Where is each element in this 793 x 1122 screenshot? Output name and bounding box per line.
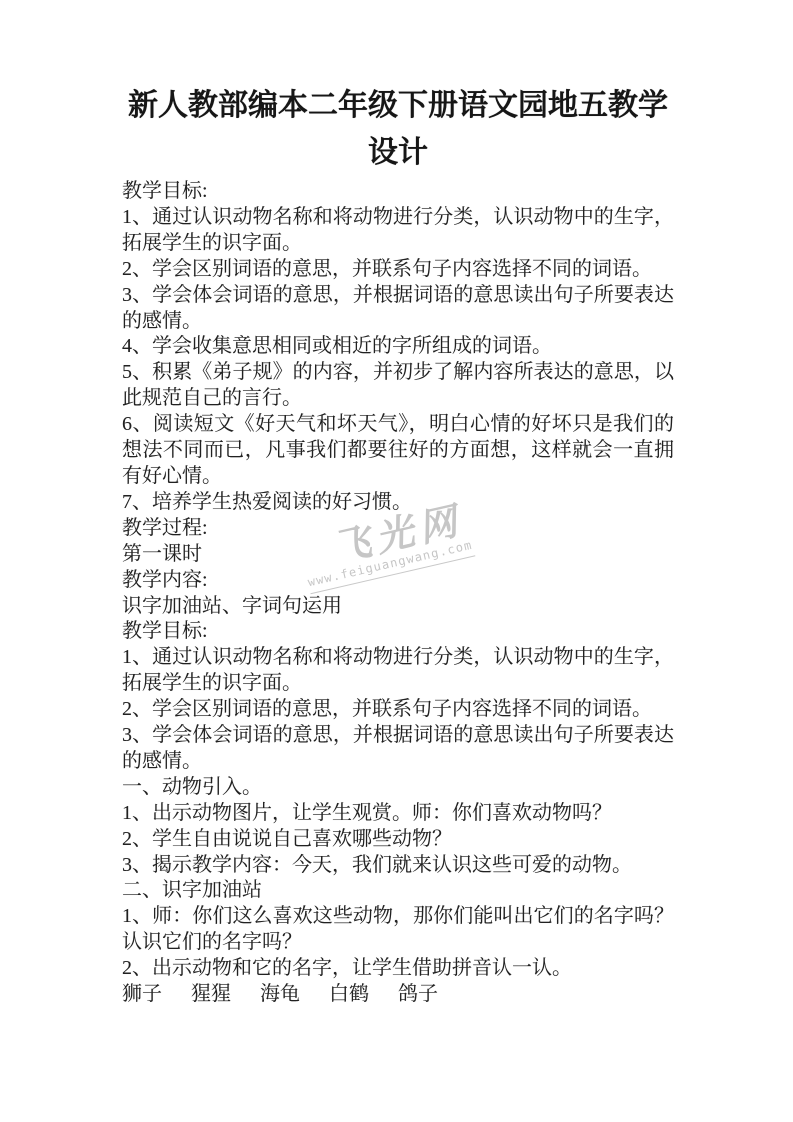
paragraph: 2、学生自由说说自己喜欢哪些动物？ xyxy=(122,827,674,853)
document-page: 飞光网 www.feiguangwang.com 新人教部编本二年级下册语文园地… xyxy=(0,0,793,1122)
animal-word: 狮子 xyxy=(122,982,162,1008)
paragraph: 一、动物引入。 xyxy=(122,775,674,801)
paragraph: 教学目标: xyxy=(122,619,674,645)
paragraph: 4、学会收集意思相同或相近的字所组成的词语。 xyxy=(122,334,674,360)
paragraph: 第一课时 xyxy=(122,542,674,568)
paragraph: 1、师：你们这么喜欢这些动物，那你们能叫出它们的名字吗？认识它们的名字吗？ xyxy=(122,904,674,956)
animal-word: 鸽子 xyxy=(398,982,438,1008)
animal-word: 白鹤 xyxy=(329,982,369,1008)
paragraph: 5、积累《弟子规》的内容，并初步了解内容所表达的意思，以此规范自己的言行。 xyxy=(122,360,674,412)
paragraph: 教学内容: xyxy=(122,568,674,594)
paragraph: 2、学会区别词语的意思，并联系句子内容选择不同的词语。 xyxy=(122,697,674,723)
paragraph: 教学过程: xyxy=(122,516,674,542)
document-body: 教学目标:1、通过认识动物名称和将动物进行分类，认识动物中的生字，拓展学生的识字… xyxy=(122,179,674,982)
animal-word: 猩猩 xyxy=(191,982,231,1008)
paragraph: 3、揭示教学内容：今天，我们就来认识这些可爱的动物。 xyxy=(122,853,674,879)
document-title: 新人教部编本二年级下册语文园地五教学设计 xyxy=(122,82,674,176)
paragraph: 2、学会区别词语的意思，并联系句子内容选择不同的词语。 xyxy=(122,257,674,283)
paragraph: 7、培养学生热爱阅读的好习惯。 xyxy=(122,490,674,516)
animal-word-row: 狮子猩猩海龟白鹤鸽子 xyxy=(122,982,674,1008)
animal-word: 海龟 xyxy=(260,982,300,1008)
paragraph: 教学目标: xyxy=(122,179,674,205)
paragraph: 识字加油站、字词句运用 xyxy=(122,594,674,620)
paragraph: 3、学会体会词语的意思，并根据词语的意思读出句子所要表达的感情。 xyxy=(122,283,674,335)
paragraph: 6、阅读短文《好天气和坏天气》，明白心情的好坏只是我们的想法不同而已，凡事我们都… xyxy=(122,412,674,490)
paragraph: 二、识字加油站 xyxy=(122,878,674,904)
paragraph: 1、出示动物图片，让学生观赏。师：你们喜欢动物吗？ xyxy=(122,801,674,827)
paragraph: 2、出示动物和它的名字，让学生借助拼音认一认。 xyxy=(122,956,674,982)
paragraph: 1、通过认识动物名称和将动物进行分类，认识动物中的生字，拓展学生的识字面。 xyxy=(122,205,674,257)
paragraph: 1、通过认识动物名称和将动物进行分类，认识动物中的生字，拓展学生的识字面。 xyxy=(122,645,674,697)
paragraph: 3、学会体会词语的意思，并根据词语的意思读出句子所要表达的感情。 xyxy=(122,723,674,775)
